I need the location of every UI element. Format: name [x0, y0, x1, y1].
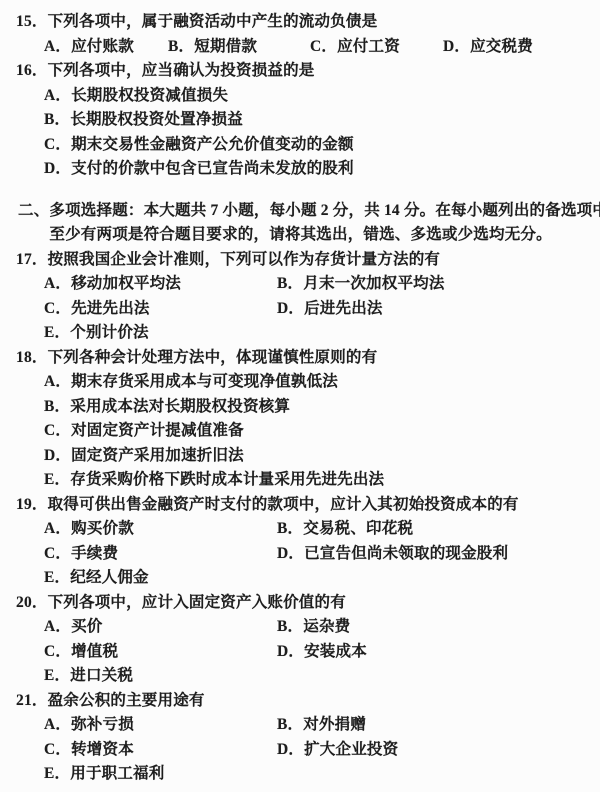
question-17-option-c: C．先进先出法 [44, 297, 277, 322]
question-15-option-b: B．短期借款 [168, 35, 310, 60]
question-20-option-c: C．增值税 [44, 640, 277, 665]
question-20-number: 20． [16, 591, 48, 616]
question-15-option-a: A．应付账款 [44, 35, 168, 60]
question-20-option-d: D．安装成本 [277, 640, 367, 665]
question-15-number: 15． [16, 10, 48, 35]
question-18-stem: 下列各种会计处理方法中，体现谨慎性原则的有 [48, 346, 582, 371]
question-15-option-d: D．应交税费 [443, 35, 533, 60]
question-19-option-b: B．交易税、印花税 [277, 517, 413, 542]
question-21-option-d: D．扩大企业投资 [277, 738, 398, 763]
question-17-stem: 按照我国企业会计准则，下列可以作为存货计量方法的有 [48, 248, 582, 273]
section-2-instructions-line2: 至少有两项是符合题目要求的，请将其选出，错选、多选或少选均无分。 [49, 223, 600, 248]
question-18-option-c: C．对固定资产计提减值准备 [44, 419, 244, 444]
question-21-option-a: A．弥补亏损 [44, 713, 277, 738]
question-15-option-c: C．应付工资 [310, 35, 443, 60]
section-2-instructions-line1: 多项选择题：本大题共 7 小题，每小题 2 分，共 14 分。在每小题列出的备选… [49, 199, 600, 224]
section-2-header: 二、 多项选择题：本大题共 7 小题，每小题 2 分，共 14 分。在每小题列出… [16, 199, 582, 248]
question-19-option-e: E．纪经人佣金 [44, 566, 149, 591]
question-15-stem: 下列各项中，属于融资活动中产生的流动负债是 [48, 10, 582, 35]
question-20-option-a: A．买价 [44, 615, 277, 640]
question-20-option-b: B．运杂费 [277, 615, 350, 640]
question-16-option-a: A．长期股权投资减值损失 [44, 84, 228, 109]
question-15: 15． 下列各项中，属于融资活动中产生的流动负债是 A．应付账款 B．短期借款 … [16, 10, 582, 59]
question-17-number: 17． [16, 248, 48, 273]
question-18-option-b: B．采用成本法对长期股权投资核算 [44, 395, 290, 420]
question-16-option-c: C．期末交易性金融资产公允价值变动的金额 [44, 133, 354, 158]
question-21: 21． 盈余公积的主要用途有 A．弥补亏损 B．对外捐赠 C．转增资本 D．扩大… [16, 689, 582, 787]
question-17-option-d: D．后进先出法 [277, 297, 383, 322]
question-16-stem: 下列各项中，应当确认为投资损益的是 [48, 59, 582, 84]
question-17-option-e: E．个别计价法 [44, 321, 149, 346]
question-19-option-a: A．购买价款 [44, 517, 277, 542]
question-19-option-d: D．已宣告但尚未领取的现金股利 [277, 542, 508, 567]
question-21-option-b: B．对外捐赠 [277, 713, 366, 738]
question-20: 20． 下列各项中，应计入固定资产入账价值的有 A．买价 B．运杂费 C．增值税… [16, 591, 582, 689]
question-18-number: 18． [16, 346, 48, 371]
question-19: 19． 取得可供出售金融资产时支付的款项中，应计入其初始投资成本的有 A．购买价… [16, 493, 582, 591]
question-18-option-a: A．期末存货采用成本与可变现净值孰低法 [44, 370, 338, 395]
question-19-stem: 取得可供出售金融资产时支付的款项中，应计入其初始投资成本的有 [48, 493, 582, 518]
question-21-number: 21． [16, 689, 48, 714]
question-21-option-e: E．用于职工福利 [44, 762, 164, 787]
exam-scan-page: 15． 下列各项中，属于融资活动中产生的流动负债是 A．应付账款 B．短期借款 … [0, 0, 600, 792]
question-18-option-d: D．固定资产采用加速折旧法 [44, 444, 244, 469]
question-17-option-a: A．移动加权平均法 [44, 272, 277, 297]
question-20-option-e: E．进口关税 [44, 664, 133, 689]
question-17-option-b: B．月末一次加权平均法 [277, 272, 445, 297]
question-19-number: 19． [16, 493, 48, 518]
question-16: 16． 下列各项中，应当确认为投资损益的是 A．长期股权投资减值损失 B．长期股… [16, 59, 582, 182]
question-18-option-e: E．存货采购价格下跌时成本计量采用先进先出法 [44, 468, 384, 493]
question-21-option-c: C．转增资本 [44, 738, 277, 763]
question-16-option-b: B．长期股权投资处置净损益 [44, 108, 243, 133]
question-17: 17． 按照我国企业会计准则，下列可以作为存货计量方法的有 A．移动加权平均法 … [16, 248, 582, 346]
section-2-label: 二、 [18, 199, 49, 248]
question-21-stem: 盈余公积的主要用途有 [48, 689, 582, 714]
question-16-number: 16． [16, 59, 48, 84]
question-20-stem: 下列各项中，应计入固定资产入账价值的有 [48, 591, 582, 616]
question-16-option-d: D．支付的价款中包含已宣告尚未发放的股利 [44, 157, 354, 182]
question-18: 18． 下列各种会计处理方法中，体现谨慎性原则的有 A．期末存货采用成本与可变现… [16, 346, 582, 493]
question-19-option-c: C．手续费 [44, 542, 277, 567]
